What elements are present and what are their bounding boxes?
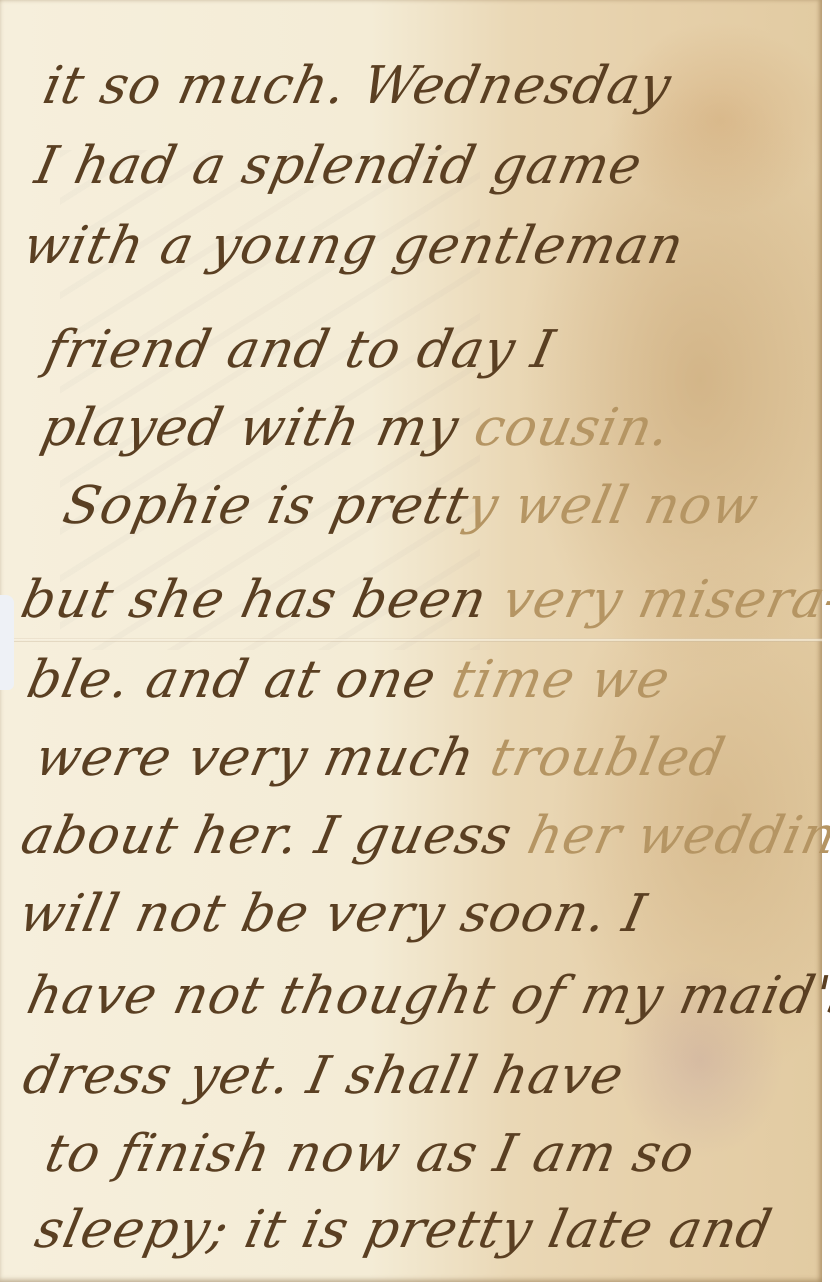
- letter-line-10: about her. I guess her wedding: [16, 806, 830, 866]
- letter-line-13: dress yet. I shall have: [18, 1046, 629, 1106]
- letter-line-2: I had a splendid game: [30, 136, 648, 196]
- letter-line-12: have not thought of my maid's: [22, 966, 830, 1026]
- letter-line-14: to finish now as I am so: [40, 1124, 700, 1184]
- letter-line-8: ble. and at one time we: [22, 650, 676, 710]
- letter-line-5: played with my cousin.: [36, 398, 676, 458]
- letter-line-4: friend and to day I: [40, 320, 560, 380]
- letter-line-15: sleepy; it is pretty late and: [30, 1200, 777, 1260]
- letter-line-1: it so much. Wednesday: [38, 56, 677, 116]
- handwritten-text: it so much. Wednesday I had a splendid g…: [0, 0, 822, 1282]
- letter-line-11: will not be very soon. I: [14, 884, 652, 944]
- letter-line-9: were very much troubled: [30, 728, 731, 788]
- letter-line-7: but she has been very misera-: [16, 570, 830, 630]
- letter-line-6: Sophie is pretty well now: [58, 476, 764, 536]
- letter-line-3: with a young gentleman: [18, 216, 689, 276]
